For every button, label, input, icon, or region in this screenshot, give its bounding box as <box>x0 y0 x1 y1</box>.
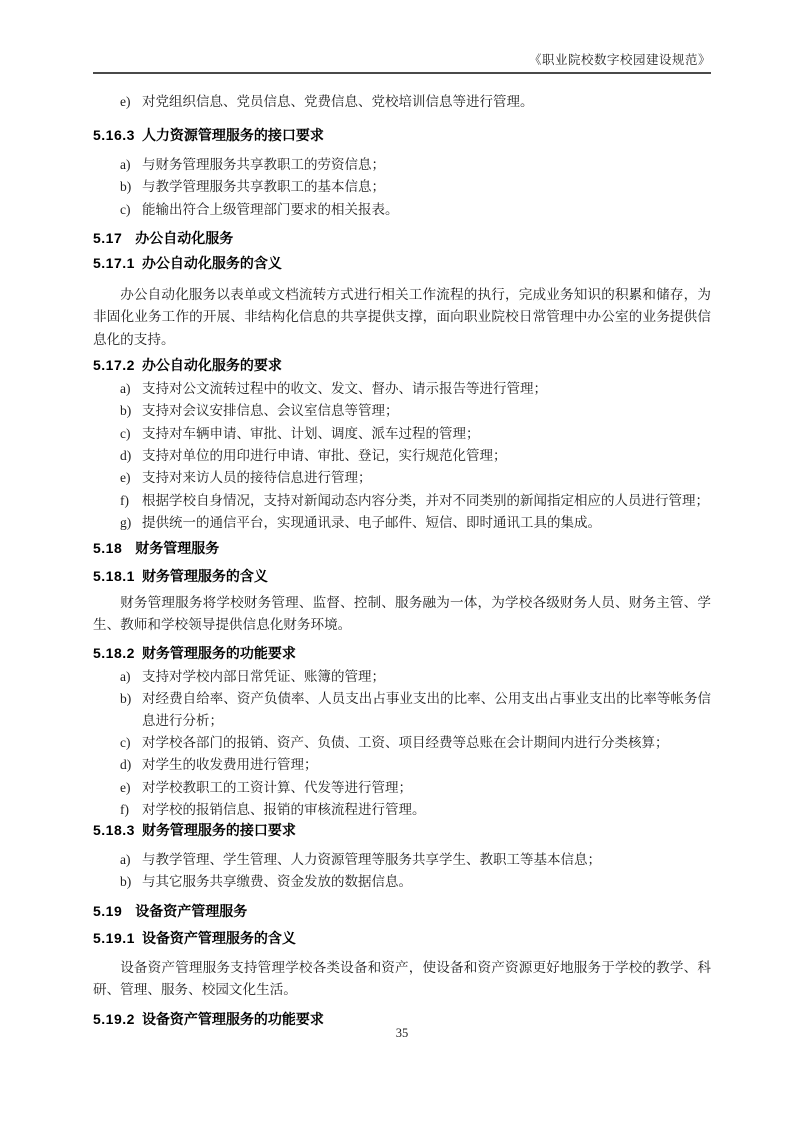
page-header: 《职业院校数字校园建设规范》 <box>93 0 711 74</box>
list-item-text: 支持对会议安排信息、会议室信息等管理； <box>142 400 711 422</box>
list-item-text: 支持对单位的用印进行申请、审批、登记，实行规范化管理； <box>142 445 711 467</box>
list-item-marker: e) <box>120 91 142 113</box>
list-item: b)与教学管理服务共享教职工的基本信息； <box>120 176 712 198</box>
heading-title: 财务管理服务的接口要求 <box>142 822 296 838</box>
list-item-marker: a) <box>120 666 142 688</box>
heading-number: 5.16.3 <box>93 127 135 143</box>
list-item-text: 与其它服务共享缴费、资金发放的数据信息。 <box>142 871 711 893</box>
list-item: e)支持对来访人员的接待信息进行管理； <box>120 467 712 489</box>
doc-title: 《职业院校数字校园建设规范》 <box>529 50 711 68</box>
section-heading-5-18-3: 5.18.3财务管理服务的接口要求 <box>93 822 711 838</box>
list-item-text: 对学校教职工的工资计算、代发等进行管理； <box>142 777 711 799</box>
section-heading-5-19-1: 5.19.1设备资产管理服务的含义 <box>93 930 711 946</box>
list-item: a)与教学管理、学生管理、人力资源管理等服务共享学生、教职工等基本信息； <box>120 849 712 871</box>
list-item-marker: b) <box>120 400 142 422</box>
heading-number: 5.18.3 <box>93 822 135 838</box>
list-item-text: 支持对来访人员的接待信息进行管理； <box>142 467 711 489</box>
heading-title: 财务管理服务 <box>135 540 219 556</box>
heading-number: 5.18.2 <box>93 645 135 661</box>
section-heading-5-17-2: 5.17.2办公自动化服务的要求 <box>93 357 711 373</box>
list-item: b)支持对会议安排信息、会议室信息等管理； <box>120 400 712 422</box>
page-number: 35 <box>93 1026 711 1041</box>
list-item-text: 对党组织信息、党员信息、党费信息、党校培训信息等进行管理。 <box>142 91 711 113</box>
section-heading-5-19-2: 5.19.2设备资产管理服务的功能要求 <box>93 1011 711 1027</box>
list-item-marker: c) <box>120 423 142 445</box>
heading-title: 设备资产管理服务的含义 <box>142 930 296 946</box>
list-item: b)与其它服务共享缴费、资金发放的数据信息。 <box>120 871 712 893</box>
heading-number: 5.17.1 <box>93 255 135 271</box>
list-item-marker: b) <box>120 871 142 893</box>
paragraph: 办公自动化服务以表单或文档流转方式进行相关工作流程的执行，完成业务知识的积累和储… <box>93 284 711 351</box>
list-item-text: 对学生的收发费用进行管理； <box>142 754 711 776</box>
list-item-text: 与财务管理服务共享教职工的劳资信息； <box>142 154 711 176</box>
section-heading-5-18: 5.18财务管理服务 <box>93 540 711 556</box>
section-heading-5-17: 5.17办公自动化服务 <box>93 230 711 246</box>
list-item-marker: e) <box>120 467 142 489</box>
heading-number: 5.19 <box>93 903 122 919</box>
list-item-text: 与教学管理、学生管理、人力资源管理等服务共享学生、教职工等基本信息； <box>142 849 711 871</box>
heading-number: 5.18 <box>93 540 122 556</box>
list-item-text: 支持对学校内部日常凭证、账簿的管理； <box>142 666 711 688</box>
list-item-marker: f) <box>120 799 142 821</box>
list-item-text: 对经费自给率、资产负债率、人员支出占事业支出的比率、公用支出占事业支出的比率等帐… <box>142 688 711 733</box>
list-item: b)对经费自给率、资产负债率、人员支出占事业支出的比率、公用支出占事业支出的比率… <box>120 688 712 733</box>
list-item: c)能输出符合上级管理部门要求的相关报表。 <box>120 199 712 221</box>
heading-title: 办公自动化服务的含义 <box>142 255 282 271</box>
heading-number: 5.18.1 <box>93 568 135 584</box>
section-heading-5-16-3: 5.16.3人力资源管理服务的接口要求 <box>93 127 711 143</box>
document-page: 《职业院校数字校园建设规范》 e)对党组织信息、党员信息、党费信息、党校培训信息… <box>0 0 793 1122</box>
section-heading-5-18-2: 5.18.2财务管理服务的功能要求 <box>93 645 711 661</box>
list-item-text: 与教学管理服务共享教职工的基本信息； <box>142 176 711 198</box>
list-item: g)提供统一的通信平台，实现通讯录、电子邮件、短信、即时通讯工具的集成。 <box>120 512 712 534</box>
list-item: d)支持对单位的用印进行申请、审批、登记，实行规范化管理； <box>120 445 712 467</box>
list-item-text: 支持对公文流转过程中的收文、发文、督办、请示报告等进行管理； <box>142 378 711 400</box>
heading-title: 办公自动化服务 <box>135 230 233 246</box>
list-item: f)对学校的报销信息、报销的审核流程进行管理。 <box>120 799 712 821</box>
list-item-text: 对学校各部门的报销、资产、负债、工资、项目经费等总账在会计期间内进行分类核算； <box>142 732 711 754</box>
list-item: e)对党组织信息、党员信息、党费信息、党校培训信息等进行管理。 <box>120 91 712 113</box>
heading-title: 财务管理服务的功能要求 <box>142 645 296 661</box>
heading-title: 财务管理服务的含义 <box>142 568 268 584</box>
list-item-marker: d) <box>120 445 142 467</box>
list-item-text: 提供统一的通信平台，实现通讯录、电子邮件、短信、即时通讯工具的集成。 <box>142 512 711 534</box>
heading-title: 办公自动化服务的要求 <box>142 357 282 373</box>
paragraph: 设备资产管理服务支持管理学校各类设备和资产，使设备和资产资源更好地服务于学校的教… <box>93 957 711 1002</box>
list-item-text: 能输出符合上级管理部门要求的相关报表。 <box>142 199 711 221</box>
list-item: d)对学生的收发费用进行管理； <box>120 754 712 776</box>
list-item-marker: a) <box>120 154 142 176</box>
section-heading-5-18-1: 5.18.1财务管理服务的含义 <box>93 568 711 584</box>
section-heading-5-19: 5.19设备资产管理服务 <box>93 903 711 919</box>
list-item: a)支持对学校内部日常凭证、账簿的管理； <box>120 666 712 688</box>
heading-number: 5.17.2 <box>93 357 135 373</box>
list-item: a)与财务管理服务共享教职工的劳资信息； <box>120 154 712 176</box>
list-item-marker: c) <box>120 732 142 754</box>
heading-title: 设备资产管理服务 <box>135 903 247 919</box>
list-item: e)对学校教职工的工资计算、代发等进行管理； <box>120 777 712 799</box>
list-item-marker: a) <box>120 378 142 400</box>
heading-number: 5.17 <box>93 230 122 246</box>
list-item: a)支持对公文流转过程中的收文、发文、督办、请示报告等进行管理； <box>120 378 712 400</box>
list-item-text: 支持对车辆申请、审批、计划、调度、派车过程的管理； <box>142 423 711 445</box>
heading-number: 5.19.2 <box>93 1011 135 1027</box>
list-item-text: 对学校的报销信息、报销的审核流程进行管理。 <box>142 799 711 821</box>
heading-title: 设备资产管理服务的功能要求 <box>142 1011 324 1027</box>
list-item-marker: e) <box>120 777 142 799</box>
list-item-marker: a) <box>120 849 142 871</box>
list-item-marker: g) <box>120 512 142 534</box>
list-item-marker: b) <box>120 688 142 710</box>
list-item-marker: c) <box>120 199 142 221</box>
paragraph: 财务管理服务将学校财务管理、监督、控制、服务融为一体，为学校各级财务人员、财务主… <box>93 592 711 637</box>
list-item-text: 根据学校自身情况，支持对新闻动态内容分类，并对不同类别的新闻指定相应的人员进行管… <box>142 490 711 512</box>
heading-number: 5.19.1 <box>93 930 135 946</box>
list-item-marker: d) <box>120 754 142 776</box>
list-item-marker: b) <box>120 176 142 198</box>
list-item: c)对学校各部门的报销、资产、负债、工资、项目经费等总账在会计期间内进行分类核算… <box>120 732 712 754</box>
list-item: c)支持对车辆申请、审批、计划、调度、派车过程的管理； <box>120 423 712 445</box>
heading-title: 人力资源管理服务的接口要求 <box>142 127 324 143</box>
section-heading-5-17-1: 5.17.1办公自动化服务的含义 <box>93 255 711 271</box>
list-item-marker: f) <box>120 490 142 512</box>
list-item: f)根据学校自身情况，支持对新闻动态内容分类，并对不同类别的新闻指定相应的人员进… <box>120 490 712 512</box>
